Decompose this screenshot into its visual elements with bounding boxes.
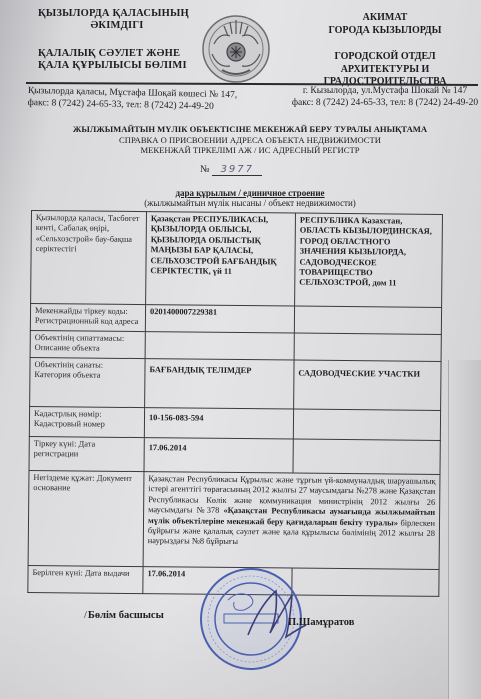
document-number: № 3977 xyxy=(200,163,320,176)
org-name-kz-line1: ҚЫЗЫЛОРДА ҚАЛАСЫНЫҢ xyxy=(32,8,202,20)
description-kz xyxy=(145,332,294,360)
table-row-category: Объектінің санаты: Категория объекта БАҒ… xyxy=(30,357,441,410)
document-title-ru: СПРАВКА О ПРИСВОЕНИИ АДРЕСА ОБЪЕКТА НЕДВ… xyxy=(20,135,480,146)
position-text: Бөлім басшысы xyxy=(88,610,164,621)
address-label: Қызылорда қаласы, Тасбөгет кенті, Сабала… xyxy=(31,211,147,305)
table-row-basis-document: Негіздеме құжат: Документ основание Қаза… xyxy=(28,470,440,569)
registration-date: 17.06.2014 xyxy=(144,438,293,473)
dept-name-ru-line1: ГОРОДСКОЙ ОТДЕЛ xyxy=(295,51,475,64)
category-kz: БАҒБАНДЫҚ ТЕЛІМДЕР xyxy=(145,359,294,409)
issue-date-label: Берілген күні: Дата выдачи xyxy=(28,565,143,593)
basis-document-text: Қазақстан Республикасы Құрылыс және тұрғ… xyxy=(143,472,440,570)
number-value: 3977 xyxy=(212,164,262,176)
issue-date-ru xyxy=(292,568,439,596)
header-right-contacts: г. Кызылорда, ул.Мустафа Шокай № 147 фак… xyxy=(290,85,480,109)
object-type: дара құрылым / единичное строение (жылжы… xyxy=(100,188,400,208)
address-kz: Қазақстан РЕСПУБЛИКАСЫ, ҚЫЗЫЛОРДА ОБЛЫСЫ… xyxy=(146,212,296,306)
signatory-position: /Бөлім басшысы xyxy=(84,610,164,621)
category-ru: САДОВОДЧЕСКИЕ УЧАСТКИ xyxy=(294,360,441,410)
description-ru xyxy=(294,333,441,361)
description-label: Объектінің сипаттамасы: Описание объекта xyxy=(30,330,145,358)
signature-icon xyxy=(240,585,310,645)
table-row-registration-code: Мекенжайды тіркеу коды: Регистрационный … xyxy=(30,304,441,335)
cadastral-number: 10-156-083-594 xyxy=(144,408,293,439)
state-emblem-icon xyxy=(200,14,272,84)
register-name: МЕКЕНЖАЙ ТІРКЕЛІМІ АЖ / ИС АДРЕСНЫЙ РЕГИ… xyxy=(20,145,480,156)
header-right-org: АКИМАТ ГОРОДА КЫЗЫЛОРДЫ ГОРОДСКОЙ ОТДЕЛ … xyxy=(295,12,475,89)
dept-name-kz-line2: ҚАЛА ҚҰРЫЛЫСЫ БӨЛІМІ xyxy=(32,60,202,72)
table-row-description: Объектінің сипаттамасы: Описание объекта xyxy=(30,330,441,361)
object-type-caption: (жылжымайтын мүлік нысаны / объект недви… xyxy=(100,198,400,208)
number-label: № xyxy=(200,164,210,175)
phones-ru: факс: 8 (7242) 24-65-33, тел: 8 (7242) 2… xyxy=(290,97,480,109)
registration-code-value: 0201400007229381 xyxy=(145,305,294,333)
registration-code-label: Мекенжайды тіркеу коды: Регистрационный … xyxy=(30,304,145,332)
address-details-table: Қызылорда қаласы, Тасбөгет кенті, Сабала… xyxy=(27,210,443,597)
address-ru: РЕСПУБЛИКА Казахстан, ОБЛАСТЬ КЫЗЫЛОРДИН… xyxy=(295,213,443,307)
category-label: Объектінің санаты: Категория объекта xyxy=(30,357,145,407)
cadastral-ru xyxy=(293,409,440,440)
org-name-kz-line2: ӘКІМДІГІ xyxy=(32,20,202,32)
registration-date-ru xyxy=(293,439,440,474)
address-ru: г. Кызылорда, ул.Мустафа Шокай № 147 xyxy=(290,85,480,97)
header-left-contacts: Қызылорда қаласы, Мұстафа Шоқай көшесі №… xyxy=(27,85,257,114)
basis-document-label: Негіздеме құжат: Документ основание xyxy=(28,470,144,566)
signatory-name: П.Шамұратов xyxy=(288,617,354,628)
header-left-org: ҚЫЗЫЛОРДА ҚАЛАСЫНЫҢ ӘКІМДІГІ ҚАЛАЛЫҚ СӘУ… xyxy=(32,8,202,72)
document-title-kz: ЖЫЛЖЫМАЙТЫН МҮЛІК ОБЪЕКТІСІНЕ МЕКЕНЖАЙ Б… xyxy=(20,124,480,135)
table-row-cadastral: Кадастрлық нөмір: Кадастровый номер 10-1… xyxy=(29,406,440,440)
document-titles: ЖЫЛЖЫМАЙТЫН МҮЛІК ОБЪЕКТІСІНЕ МЕКЕНЖАЙ Б… xyxy=(20,124,480,156)
cadastral-label: Кадастрлық нөмір: Кадастровый номер xyxy=(29,406,144,437)
registration-date-label: Тіркеу күні: Дата регистрации xyxy=(29,436,144,471)
table-row-address: Қызылорда қаласы, Тасбөгет кенті, Сабала… xyxy=(31,211,443,308)
registration-code-ru xyxy=(294,306,441,334)
org-name-ru-line1: АКИМАТ xyxy=(295,12,475,25)
dept-name-kz-line1: ҚАЛАЛЫҚ СӘУЛЕТ ЖӘНЕ xyxy=(32,48,202,60)
dept-name-ru-line2: АРХИТЕКТУРЫ И xyxy=(295,64,475,77)
org-name-ru-line2: ГОРОДА КЫЗЫЛОРДЫ xyxy=(295,25,475,38)
object-type-value: дара құрылым / единичное строение xyxy=(100,188,400,198)
paper-edge xyxy=(448,360,481,699)
table-row-registration-date: Тіркеу күні: Дата регистрации 17.06.2014 xyxy=(29,436,440,474)
